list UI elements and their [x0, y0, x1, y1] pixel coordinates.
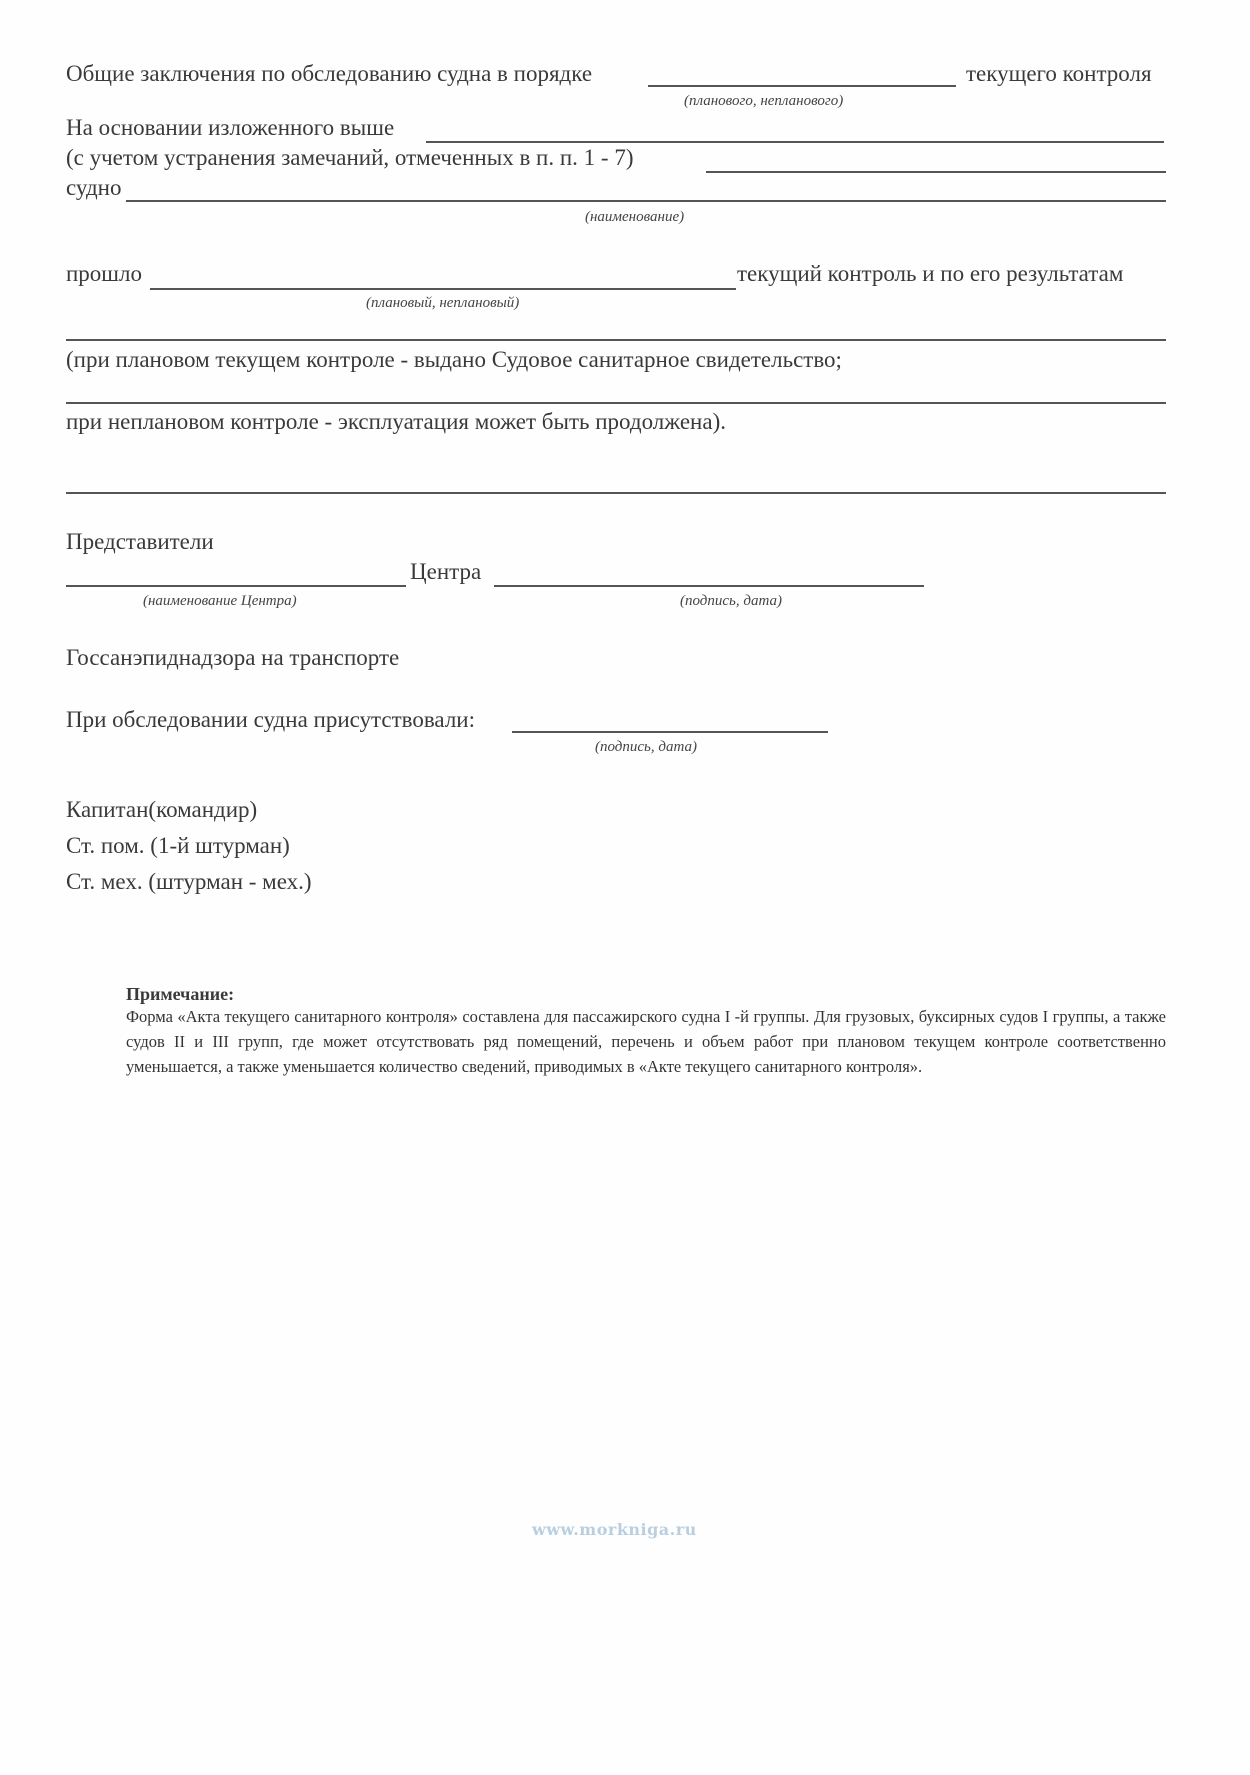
- center-word: Центра: [410, 558, 481, 586]
- watermark: www.morkniga.ru: [532, 1520, 697, 1539]
- vessel-name-caption: (наименование): [585, 208, 684, 226]
- note-title: Примечание:: [126, 983, 234, 1005]
- result-field-1[interactable]: [66, 339, 1166, 341]
- present-label: При обследовании судна присутствовали:: [66, 706, 475, 734]
- based-on-label: На основании изложенного выше: [66, 114, 394, 142]
- vessel-name-field[interactable]: [126, 200, 1166, 202]
- present-signature-caption: (подпись, дата): [595, 738, 697, 756]
- control-type-caption: (планового, непланового): [684, 92, 843, 110]
- control-type-field[interactable]: [648, 85, 956, 87]
- passed-label: прошло: [66, 260, 142, 288]
- passed-type-field[interactable]: [150, 288, 736, 290]
- based-on-field[interactable]: [426, 141, 1164, 143]
- center-name-caption: (наименование Центра): [143, 592, 297, 610]
- crew-chief-engineer: Ст. мех. (штурман - мех.): [66, 868, 312, 896]
- vessel-label: судно: [66, 174, 121, 202]
- result-field-2[interactable]: [66, 402, 1166, 404]
- crew-captain: Капитан(командир): [66, 796, 257, 824]
- result-field-3[interactable]: [66, 492, 1166, 494]
- passed-suffix: текущий контроль и по его результатам: [737, 260, 1123, 288]
- remarks-field[interactable]: [706, 171, 1166, 173]
- planned-control-note: (при плановом текущем контроле - выдано …: [66, 346, 842, 374]
- agency-label: Госсанэпиднадзора на транспорте: [66, 644, 399, 672]
- current-control-label: текущего контроля: [966, 60, 1152, 88]
- representative-signature-caption: (подпись, дата): [680, 592, 782, 610]
- representative-signature-field[interactable]: [494, 585, 924, 587]
- present-signature-field[interactable]: [512, 731, 828, 733]
- remarks-label: (с учетом устранения замечаний, отмеченн…: [66, 144, 634, 172]
- passed-type-caption: (плановый, неплановый): [366, 294, 519, 312]
- conclusions-label: Общие заключения по обследованию судна в…: [66, 60, 592, 88]
- representatives-label: Представители: [66, 528, 214, 556]
- center-name-field[interactable]: [66, 585, 406, 587]
- unplanned-control-note: при неплановом контроле - эксплуатация м…: [66, 408, 726, 436]
- note-body: Форма «Акта текущего санитарного контрол…: [126, 1004, 1166, 1079]
- crew-first-mate: Ст. пом. (1-й штурман): [66, 832, 290, 860]
